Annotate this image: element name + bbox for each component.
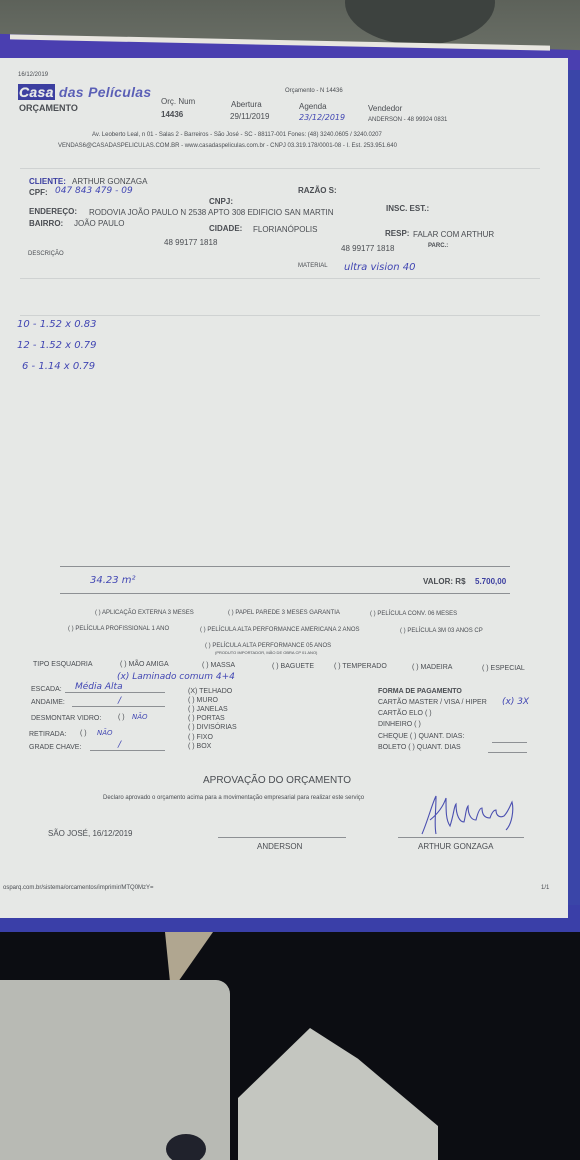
insc-label: INSC. EST.: xyxy=(386,204,429,213)
local-fixo[interactable]: ( ) FIXO xyxy=(188,734,213,741)
footer-url: osparq.com.br/sistema/orcamentos/imprimi… xyxy=(3,885,154,891)
grade-label: GRADE CHAVE: xyxy=(29,744,81,751)
bairro-value: JOÃO PAULO xyxy=(74,219,125,228)
cidade-label: CIDADE: xyxy=(209,224,242,233)
endereco-value: RODOVIA JOÃO PAULO N 2538 APTO 308 EDIFI… xyxy=(89,208,334,217)
local-muro[interactable]: ( ) MURO xyxy=(188,697,218,704)
resp-value: FALAR COM ARTHUR xyxy=(413,230,494,239)
abertura-label: Abertura xyxy=(231,100,262,109)
desmontar-checkbox[interactable]: ( ) xyxy=(118,714,125,721)
payment-boleto[interactable]: BOLETO ( ) QUANT. DIAS xyxy=(378,744,461,751)
contact-line: VENDAS6@CASADASPELICULAS.COM.BR - www.ca… xyxy=(58,143,397,149)
option-conv[interactable]: ( ) PELÍCULA CONV. 06 MESES xyxy=(370,611,457,617)
desmontar-label: DESMONTAR VIDRO: xyxy=(31,715,101,722)
description-line xyxy=(20,278,540,279)
retirada-value: NÃO xyxy=(97,729,113,737)
payment-cartao-master[interactable]: CARTÃO MASTER / VISA / HIPER xyxy=(378,699,487,706)
payment-cheque[interactable]: CHEQUE ( ) QUANT. DIAS: xyxy=(378,733,464,740)
razao-label: RAZÃO S: xyxy=(298,186,337,195)
resp-label: RESP: xyxy=(385,229,409,238)
boleto-underline xyxy=(488,752,527,753)
description-line xyxy=(20,315,540,316)
shirt-button xyxy=(166,1134,206,1160)
payment-title: FORMA DE PAGAMENTO xyxy=(378,688,462,695)
escada-label: ESCADA: xyxy=(31,686,62,693)
total-area: 34.23 m² xyxy=(90,575,136,586)
esquadria-baguete[interactable]: ( ) BAGUETE xyxy=(272,663,314,670)
vendedor-label: Vendedor xyxy=(368,104,402,113)
cnpj-label: CNPJ: xyxy=(209,197,233,206)
total-line-top xyxy=(60,566,510,567)
vendedor-value: ANDERSON - 48 99924 0831 xyxy=(368,117,447,123)
option-3m[interactable]: ( ) PELÍCULA 3M 03 ANOS CP xyxy=(400,628,483,634)
cheque-underline xyxy=(492,742,527,743)
andaime-label: ANDAIME: xyxy=(31,699,65,706)
option-americana[interactable]: ( ) PELÍCULA ALTA PERFORMANCE AMERICANA … xyxy=(200,627,360,633)
grade-underline xyxy=(90,750,165,751)
orc-num-label: Orç. Num xyxy=(161,97,195,106)
agenda-value: 23/12/2019 xyxy=(299,113,345,122)
cliente-label-text: CLIENTE: xyxy=(29,177,66,186)
endereco-label: ENDEREÇO: xyxy=(29,207,77,216)
option-alta-performance-note: (PRODUTO IMPORTADOR, MÃO DE OBRA CP 01 A… xyxy=(215,650,317,655)
local-portas[interactable]: ( ) PORTAS xyxy=(188,715,225,722)
approval-statement: Declaro aprovado o orçamento acima para … xyxy=(103,795,364,801)
total-line-bottom xyxy=(60,593,510,594)
address-line: Av. Leoberto Leal, n 01 - Salas 2 - Barr… xyxy=(92,132,382,138)
local-telhado[interactable]: (X) TELHADO xyxy=(188,688,232,695)
phone-2: 48 99177 1818 xyxy=(341,244,394,253)
material-label: MATERIAL xyxy=(298,263,328,269)
shirt-fabric-left xyxy=(0,980,230,1160)
approval-place-date: SÃO JOSÉ, 16/12/2019 xyxy=(48,829,133,838)
esquadria-mao-amiga[interactable]: ( ) MÃO AMIGA xyxy=(120,661,169,668)
cpf-label: CPF: xyxy=(29,188,48,197)
esquadria-madeira[interactable]: ( ) MADEIRA xyxy=(412,664,452,671)
client-signature-icon xyxy=(410,790,520,842)
esquadria-label: TIPO ESQUADRIA xyxy=(33,661,93,668)
seller-signature-line xyxy=(218,837,346,838)
budget-ref: Orçamento - N 14436 xyxy=(285,88,343,94)
cidade-value: FLORIANÓPOLIS xyxy=(253,225,317,234)
local-divisorias[interactable]: ( ) DIVISÓRIAS xyxy=(188,724,237,731)
local-janelas[interactable]: ( ) JANELAS xyxy=(188,706,228,713)
seller-signature-name: ANDERSON xyxy=(257,842,302,851)
client-signature-line xyxy=(398,837,524,838)
esquadria-temperado[interactable]: ( ) TEMPERADO xyxy=(334,663,387,670)
print-date: 16/12/2019 xyxy=(18,72,48,78)
option-alta-performance[interactable]: ( ) PELÍCULA ALTA PERFORMANCE 05 ANOS xyxy=(205,643,331,649)
description-label: DESCRIÇÃO xyxy=(28,251,64,257)
description-item: 6 - 1.14 x 0.79 xyxy=(22,361,95,372)
esquadria-massa[interactable]: ( ) MASSA xyxy=(202,662,235,669)
divider xyxy=(20,168,540,169)
parc-label: PARC.: xyxy=(428,243,448,249)
desmontar-value: NÃO xyxy=(132,713,148,721)
retirada-checkbox[interactable]: ( ) xyxy=(80,730,87,737)
retirada-label: RETIRADA: xyxy=(29,731,66,738)
escada-underline xyxy=(65,692,165,693)
grade-value: / xyxy=(118,740,121,750)
andaime-underline xyxy=(72,706,165,707)
approval-title: APROVAÇÃO DO ORÇAMENTO xyxy=(203,775,351,786)
esquadria-note: (x) Laminado comum 4+4 xyxy=(117,672,235,682)
andaime-value: / xyxy=(118,696,121,706)
cpf-value: 047 843 479 - 09 xyxy=(55,186,133,196)
escada-value: Média Alta xyxy=(75,682,123,692)
payment-cartao-elo[interactable]: CARTÃO ELO ( ) xyxy=(378,710,432,717)
company-logo: Casa das Películas xyxy=(18,84,151,100)
phone-1: 48 99177 1818 xyxy=(164,238,217,247)
option-externa[interactable]: ( ) APLICAÇÃO EXTERNA 3 MESES xyxy=(95,610,194,616)
cliente-label: CLIENTE: xyxy=(29,177,66,186)
valor-label: VALOR: R$ xyxy=(423,577,466,586)
option-papel-parede[interactable]: ( ) PAPEL PAREDE 3 MESES GARANTIA xyxy=(228,610,340,616)
option-profissional[interactable]: ( ) PELÍCULA PROFISSIONAL 1 ANO xyxy=(68,626,169,632)
cliente-value: ARTHUR GONZAGA xyxy=(72,177,147,186)
client-signature-name: ARTHUR GONZAGA xyxy=(418,842,493,851)
payment-dinheiro[interactable]: DINHEIRO ( ) xyxy=(378,721,421,728)
folder-cover-right xyxy=(566,70,580,930)
abertura-value: 29/11/2019 xyxy=(230,112,269,121)
material-value: ultra vision 40 xyxy=(344,262,416,273)
logo-first-word: Casa xyxy=(18,84,55,100)
doc-type: ORÇAMENTO xyxy=(19,103,78,113)
logo-rest: das Películas xyxy=(55,84,152,100)
orc-num-value: 14436 xyxy=(161,110,183,119)
description-item: 12 - 1.52 x 0.79 xyxy=(17,340,97,351)
payment-cartao-master-mark: (x) 3X xyxy=(502,697,529,707)
footer-page: 1/1 xyxy=(541,885,549,891)
agenda-label: Agenda xyxy=(299,102,327,111)
bairro-label: BAIRRO: xyxy=(29,219,63,228)
local-box[interactable]: ( ) BOX xyxy=(188,743,211,750)
esquadria-especial[interactable]: ( ) ESPECIAL xyxy=(482,665,525,672)
valor-value: 5.700,00 xyxy=(475,577,506,586)
description-item: 10 - 1.52 x 0.83 xyxy=(17,319,97,330)
